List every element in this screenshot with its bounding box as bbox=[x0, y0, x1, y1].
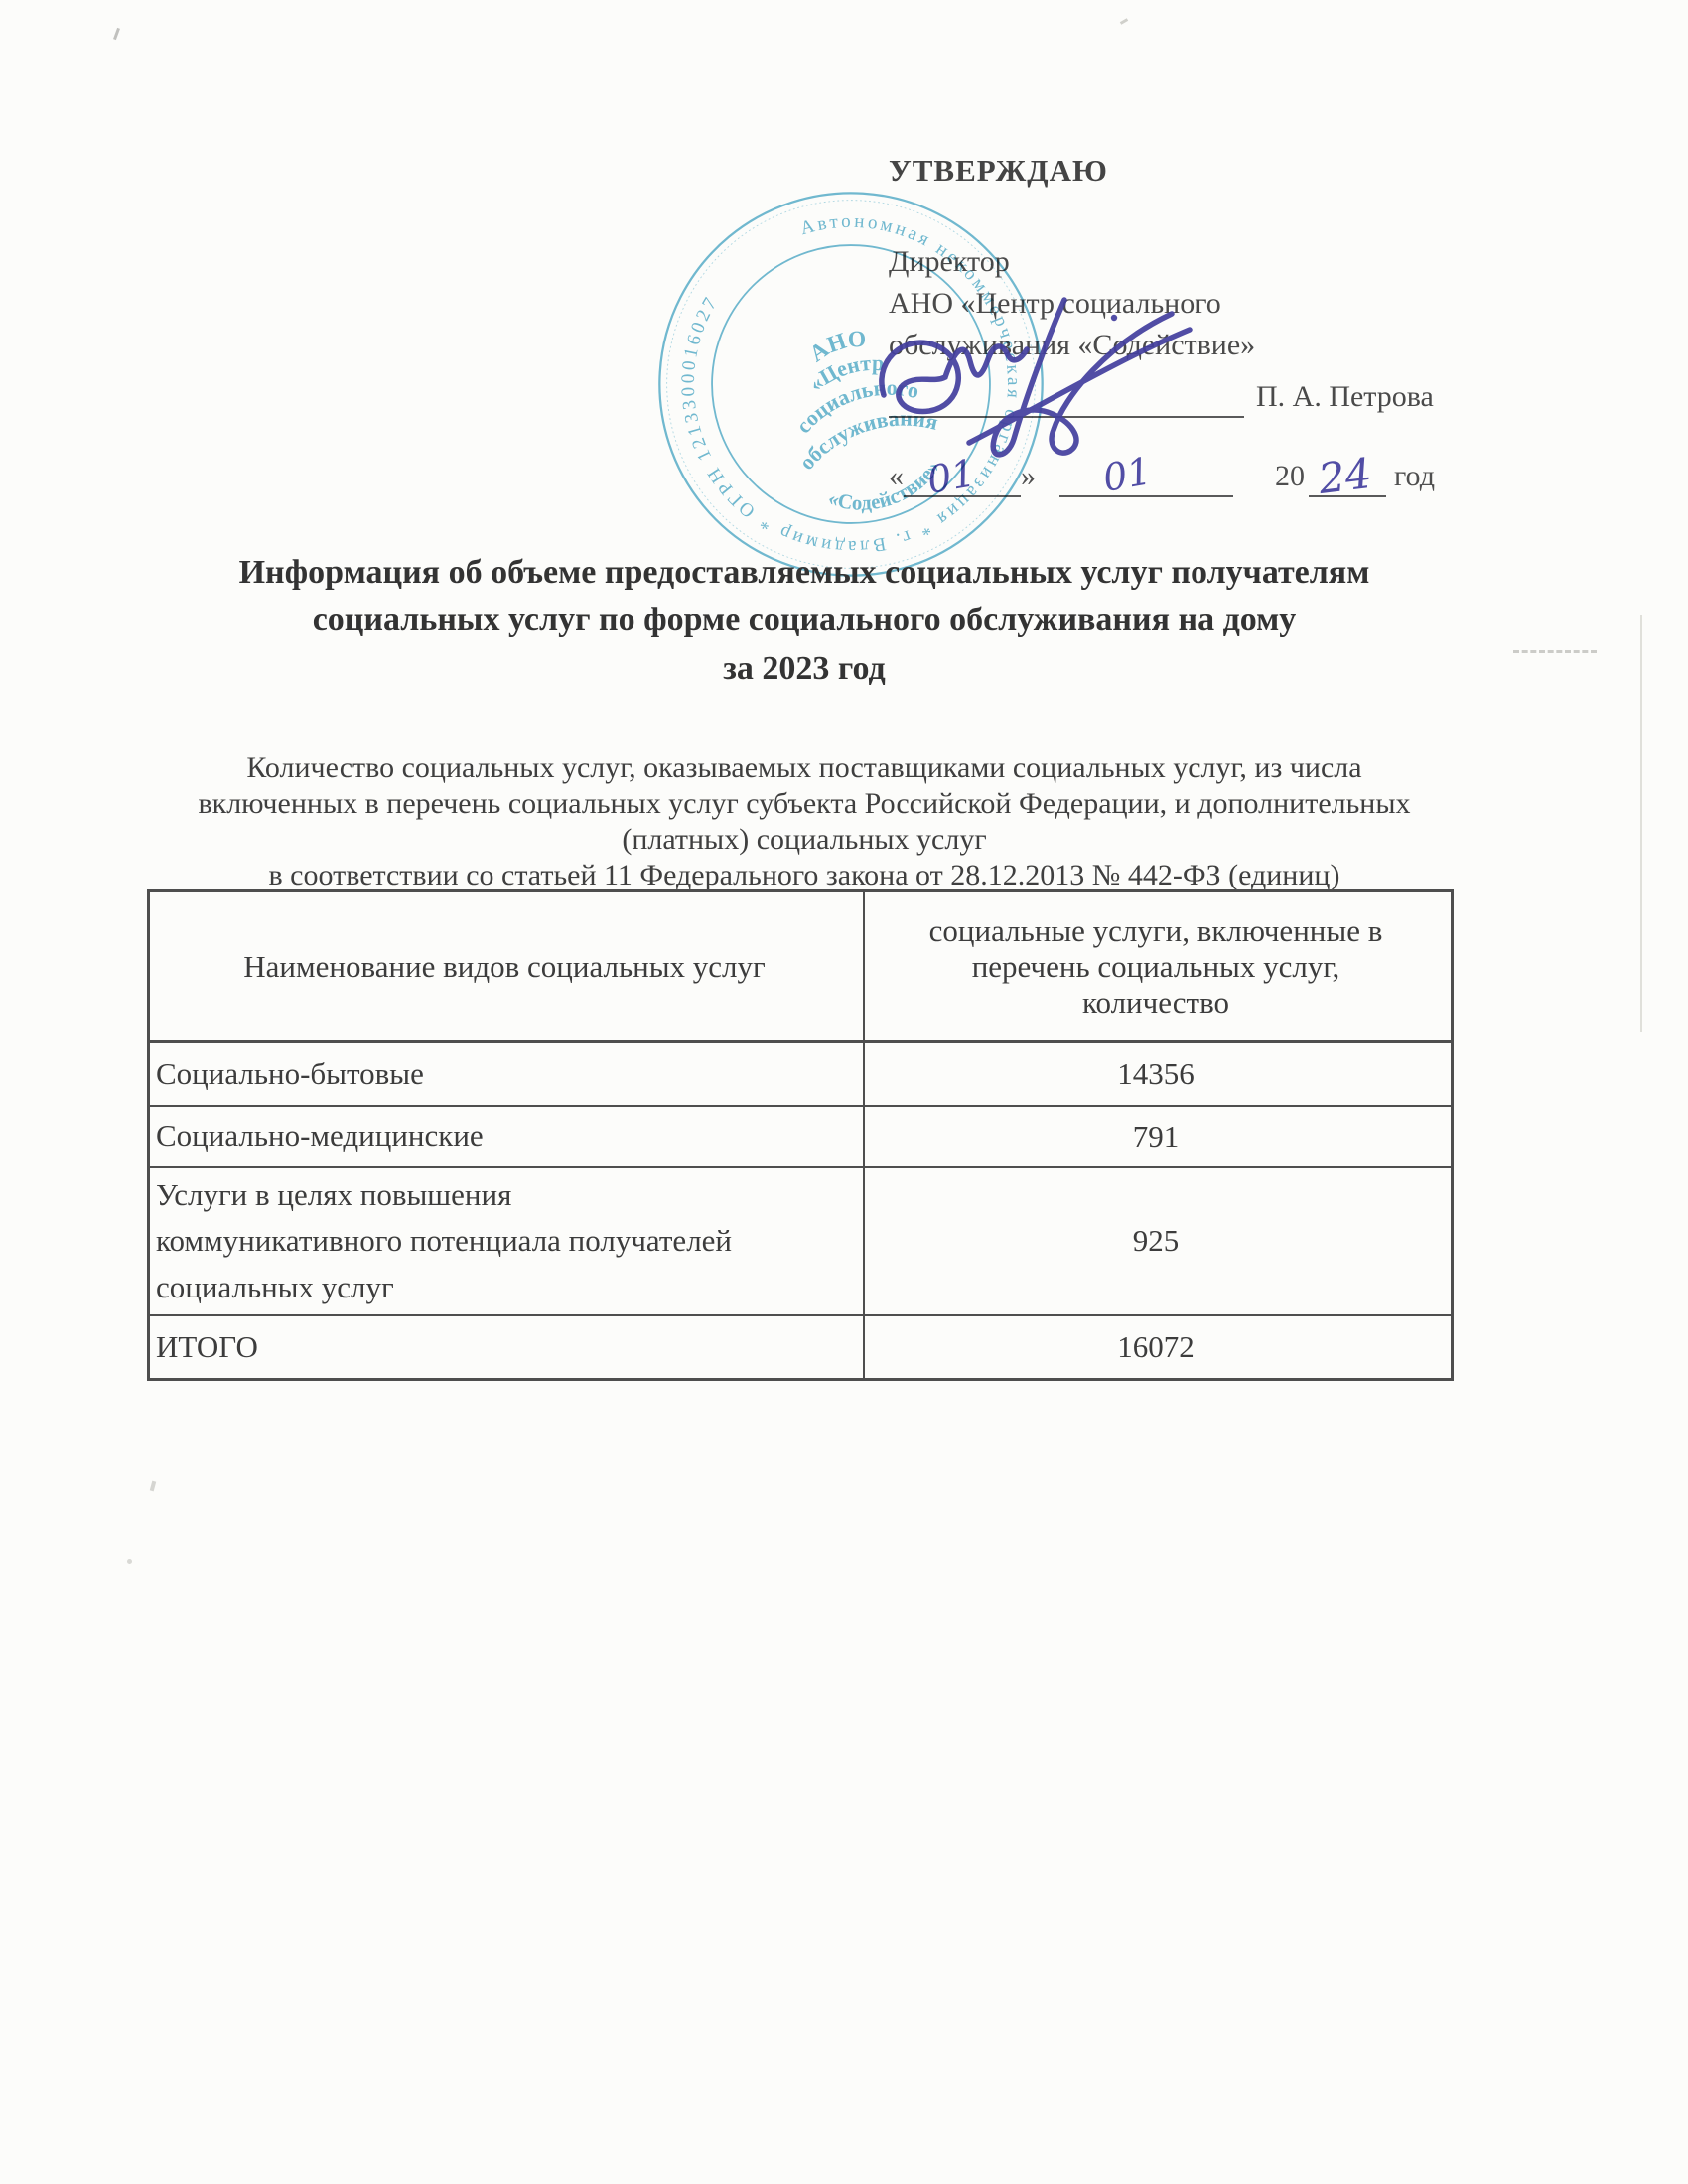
stamp-center-line-1: АНО bbox=[803, 321, 874, 369]
date-month-blank: 01 bbox=[1059, 458, 1233, 497]
total-quantity-cell: 16072 bbox=[864, 1315, 1452, 1379]
table-total-row: ИТОГО 16072 bbox=[149, 1315, 1453, 1379]
organization-name-line2: обслуживания «Содействие» bbox=[889, 325, 1504, 366]
total-label-cell: ИТОГО bbox=[149, 1315, 865, 1379]
scan-artifact bbox=[1640, 615, 1642, 1032]
signature-line bbox=[889, 376, 1244, 418]
table-row: Социально-медицинские 791 bbox=[149, 1106, 1453, 1167]
service-quantity-cell: 925 bbox=[864, 1167, 1452, 1316]
svg-text:АНО: АНО bbox=[803, 321, 874, 369]
caption-line-3: (платных) социальных услуг bbox=[70, 822, 1539, 858]
signatory-name: П. А. Петрова bbox=[1256, 376, 1434, 418]
handwritten-year: 24 bbox=[1317, 453, 1374, 500]
svg-text:«Центр: «Центр bbox=[802, 343, 892, 399]
caption-line-1: Количество социальных услуг, оказываемых… bbox=[70, 751, 1539, 786]
date-open-quote: « bbox=[889, 456, 904, 497]
scan-artifact bbox=[127, 1559, 132, 1564]
signature-row: П. А. Петрова bbox=[889, 370, 1504, 418]
stamp-center-line-2: «Центр bbox=[802, 343, 892, 399]
approve-label: УТВЕРЖДАЮ bbox=[889, 149, 1504, 192]
column-header-quantity: социальные услуги, включенные в перечень… bbox=[864, 891, 1452, 1042]
document-title: Информация об объеме предоставляемых соц… bbox=[70, 549, 1539, 693]
scan-artifact bbox=[150, 1481, 156, 1492]
service-name-cell: Социально-медицинские bbox=[149, 1106, 865, 1167]
date-close-quote: » bbox=[1021, 456, 1036, 497]
services-table: Наименование видов социальных услуг соци… bbox=[147, 889, 1454, 1381]
date-day-blank: 01 bbox=[904, 458, 1021, 497]
caption-line-4: в соответствии со статьей 11 Федеральног… bbox=[70, 858, 1539, 893]
document-page: УТВЕРЖДАЮ Директор АНО «Центр социальног… bbox=[0, 0, 1688, 2184]
date-year-blank: 24 bbox=[1309, 458, 1386, 497]
title-line-3: за 2023 год bbox=[70, 645, 1539, 693]
title-line-1: Информация об объеме предоставляемых соц… bbox=[70, 549, 1539, 597]
scan-artifact bbox=[113, 28, 120, 40]
service-quantity-cell: 791 bbox=[864, 1106, 1452, 1167]
approval-block: УТВЕРЖДАЮ Директор АНО «Центр социальног… bbox=[889, 149, 1504, 497]
year-suffix: год bbox=[1394, 456, 1435, 497]
table-header-row: Наименование видов социальных услуг соци… bbox=[149, 891, 1453, 1042]
table-row: Услуги в целях повышения коммуникативног… bbox=[149, 1167, 1453, 1316]
handwritten-month: 01 bbox=[1100, 452, 1154, 497]
service-name-cell: Социально-бытовые bbox=[149, 1042, 865, 1106]
date-row: « 01 » 01 20 24 год bbox=[889, 456, 1504, 497]
scan-artifact bbox=[1120, 18, 1128, 25]
year-prefix: 20 bbox=[1275, 456, 1305, 497]
service-quantity-cell: 14356 bbox=[864, 1042, 1452, 1106]
service-name-cell: Услуги в целях повышения коммуникативног… bbox=[149, 1167, 865, 1316]
table-caption: Количество социальных услуг, оказываемых… bbox=[70, 751, 1539, 893]
signatory-position: Директор bbox=[889, 241, 1504, 283]
column-header-service-name: Наименование видов социальных услуг bbox=[149, 891, 865, 1042]
caption-line-2: включенных в перечень социальных услуг с… bbox=[70, 786, 1539, 822]
title-line-2: социальных услуг по форме социального об… bbox=[70, 597, 1539, 644]
organization-name-line1: АНО «Центр социального bbox=[889, 283, 1504, 325]
handwritten-day: 01 bbox=[924, 454, 978, 499]
table-row: Социально-бытовые 14356 bbox=[149, 1042, 1453, 1106]
